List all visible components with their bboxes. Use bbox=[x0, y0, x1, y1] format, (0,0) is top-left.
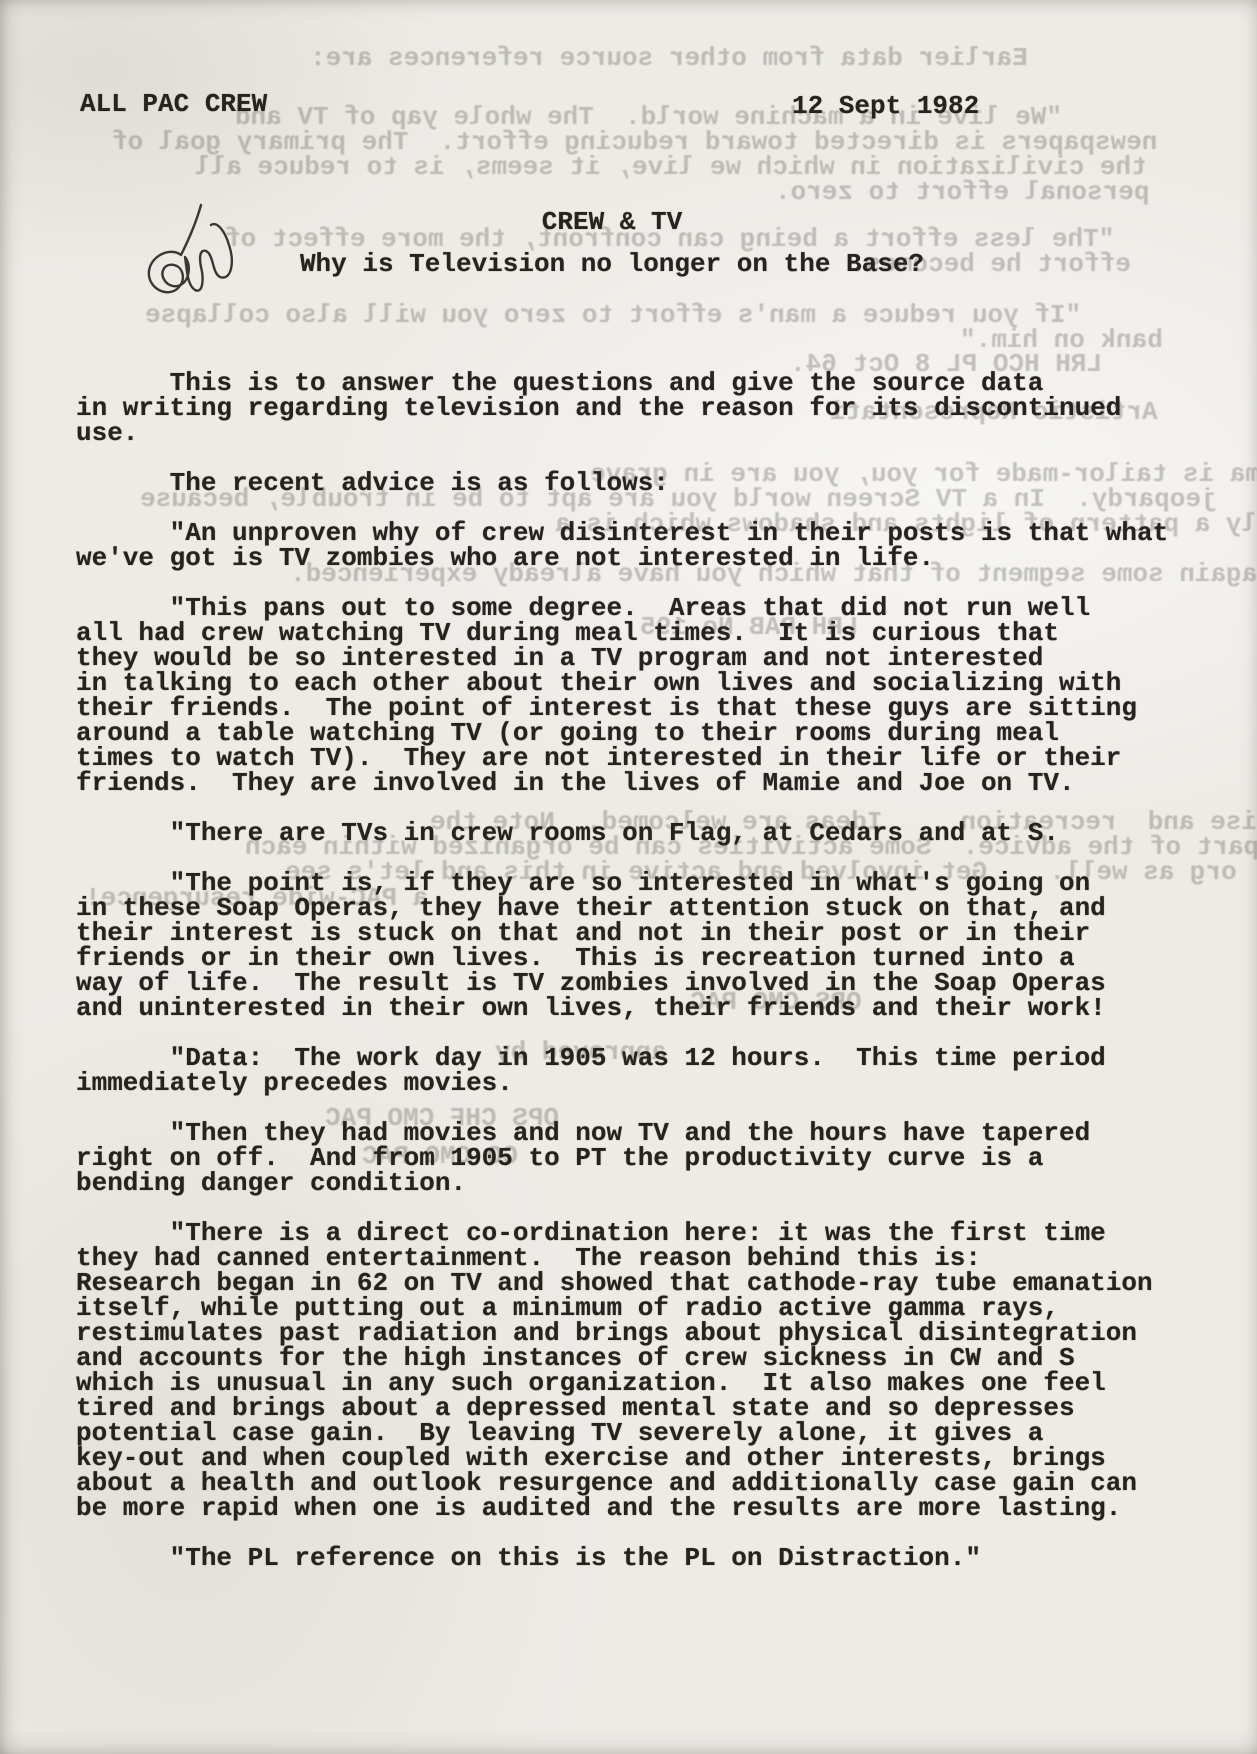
bleedthrough-line: personal effort to zero. bbox=[775, 180, 1149, 205]
bleedthrough-line: "If you reduce a man's effort to zero yo… bbox=[145, 303, 1081, 328]
scanned-memo-page: Earlier data from other source reference… bbox=[0, 0, 1257, 1754]
header-distribution: ALL PAC CREW bbox=[80, 92, 267, 117]
header-date: 12 Sept 1982 bbox=[792, 94, 979, 119]
bleedthrough-line: newspapers is directed toward reducing e… bbox=[112, 130, 1157, 155]
document-body-text: This is to answer the questions and give… bbox=[76, 371, 1168, 1571]
handwritten-scribble bbox=[141, 203, 243, 301]
bleedthrough-line: the civilization in which we live, it se… bbox=[195, 155, 1147, 180]
bleedthrough-line: bank on him." bbox=[960, 328, 1163, 353]
bleedthrough-line: Earlier data from other source reference… bbox=[310, 46, 1028, 71]
